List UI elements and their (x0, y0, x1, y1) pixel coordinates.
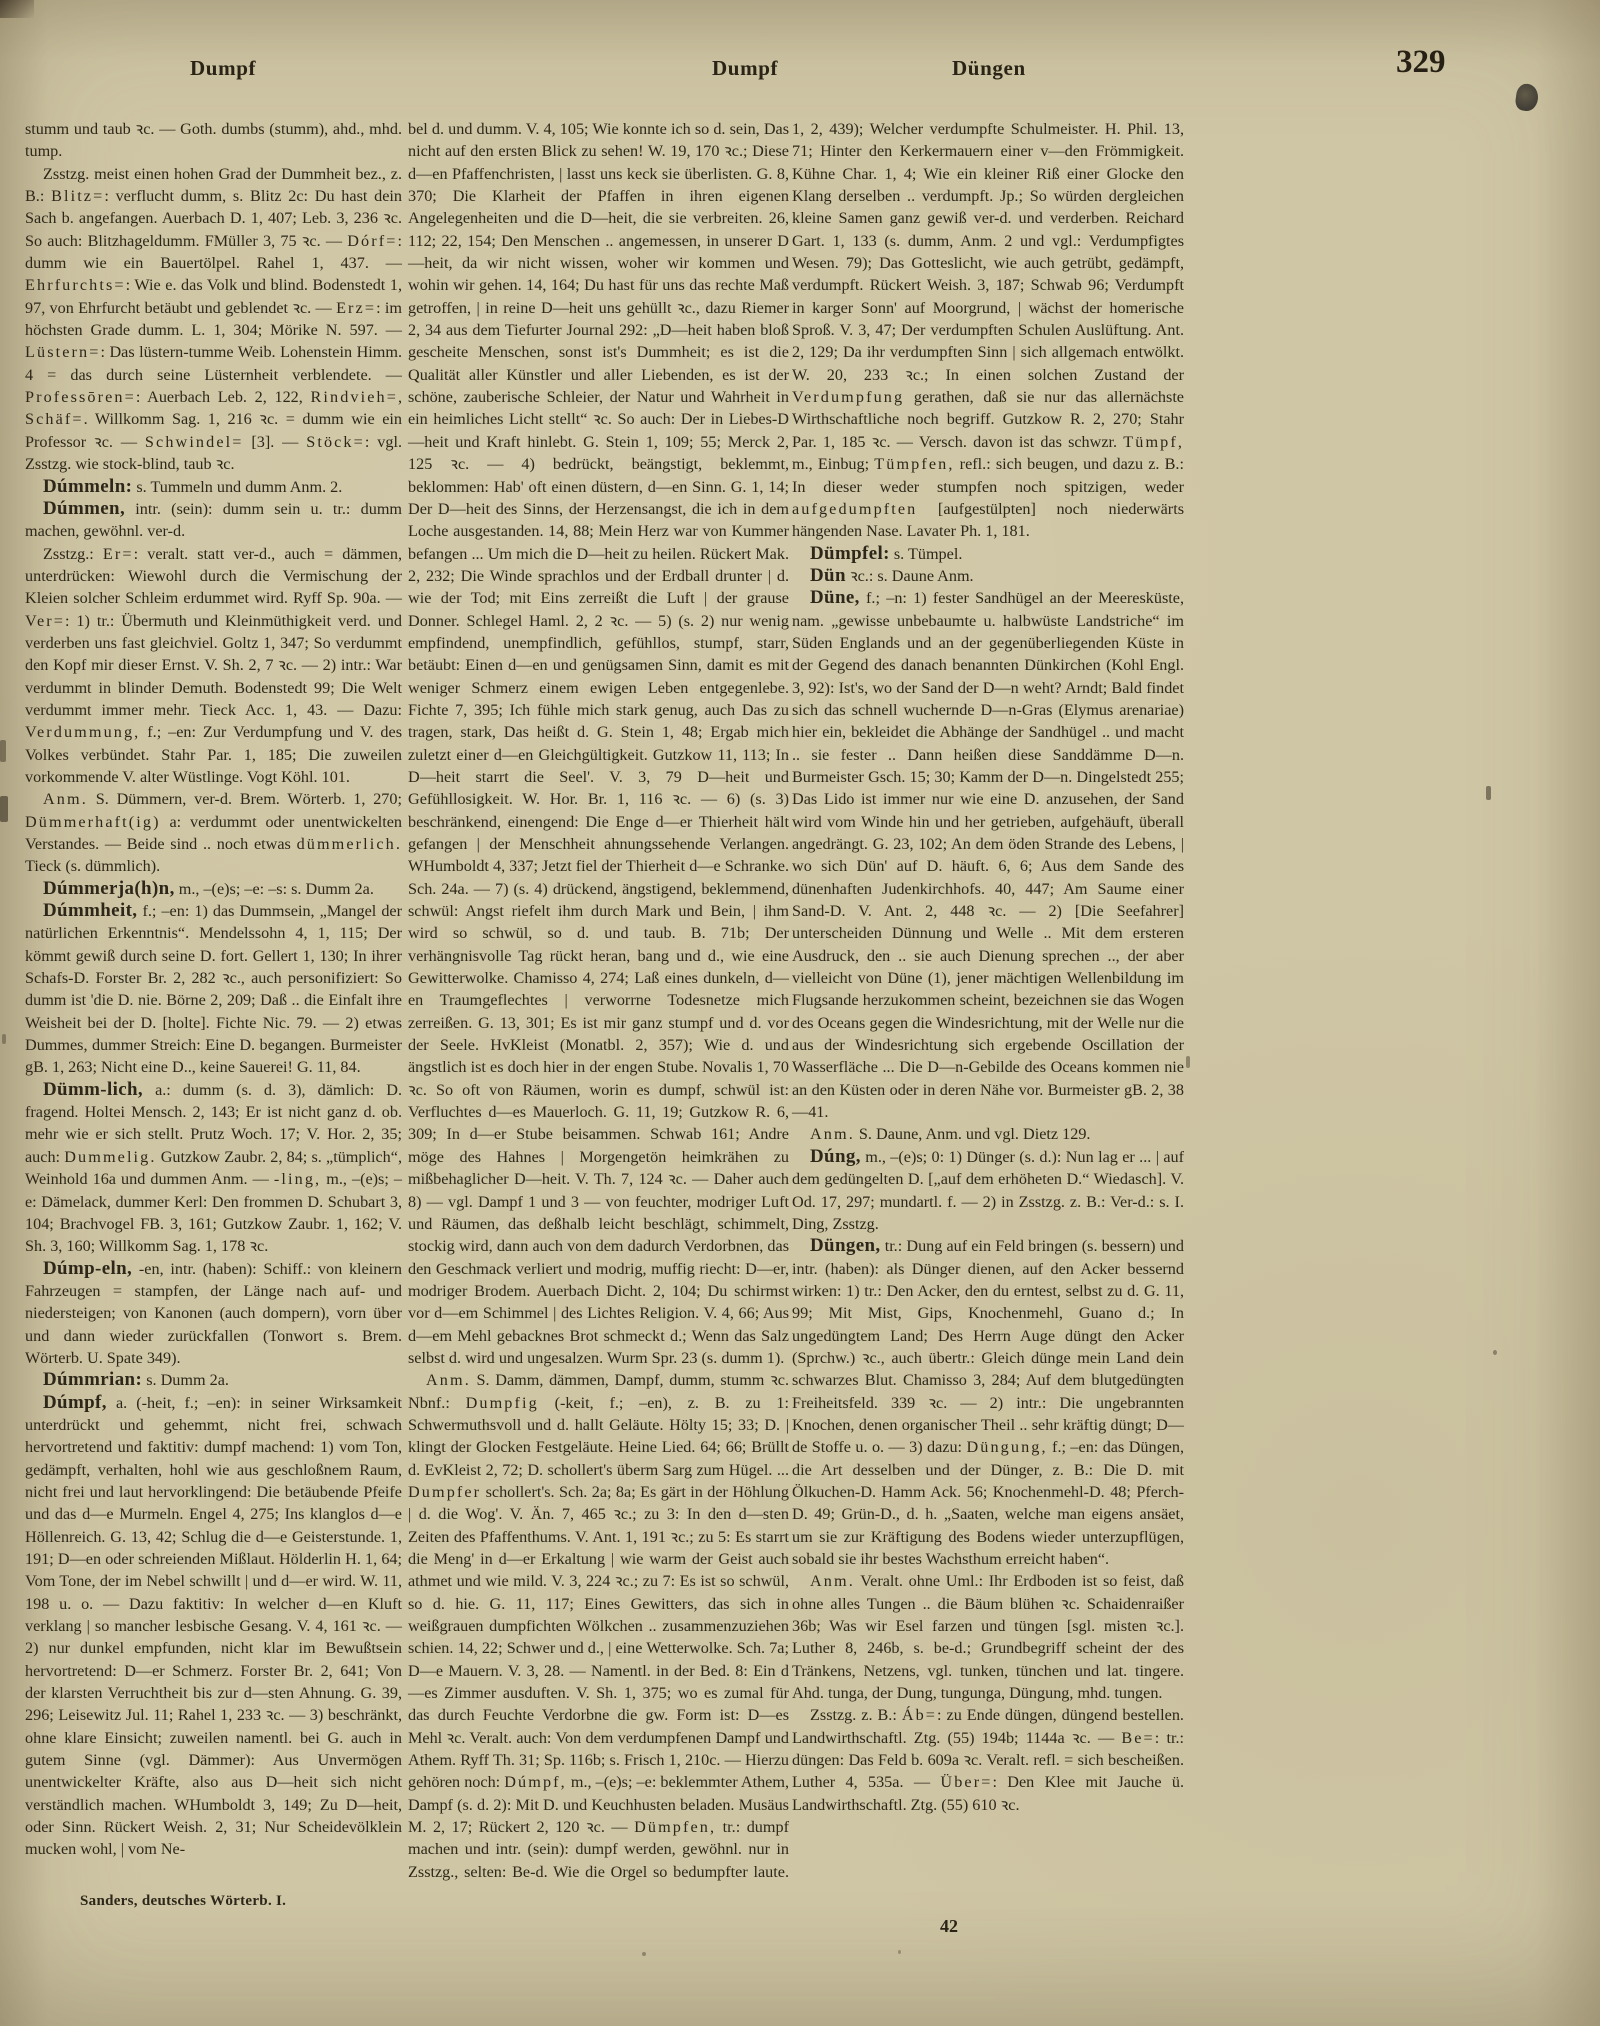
entry-paragraph: 1, 2, 439); Welcher verdumpfte Schulmeis… (792, 118, 1184, 543)
text-run: m., –(e)s; –e: –s: s. Dumm 2a. (175, 880, 374, 898)
spaced-term: Anm. (426, 1371, 471, 1389)
entry-paragraph: Anm. S. Dümmern, ver-d. Brem. Wörterb. 1… (25, 788, 402, 877)
spaced-term: Blitz= (51, 187, 104, 205)
spaced-term: Ehrfurchts= (25, 276, 126, 294)
entry-paragraph: bel d. und dumm. V. 4, 105; Wie konnte i… (408, 118, 789, 1369)
spaced-term: Er= (103, 545, 134, 563)
spaced-term: Anm. (43, 790, 88, 808)
text-run: tr.: Dung auf ein Feld bringen (s. besse… (792, 1237, 1184, 1456)
entry-paragraph: Dúmpf, a. (-heit, f.; –en): in seiner Wi… (25, 1392, 402, 1861)
sheet-number: 42 (940, 1916, 958, 1937)
spaced-term: Verdummung, (25, 723, 140, 741)
spaced-term: Schäf= (25, 410, 84, 428)
column-1: stumm und taub ꝛc. — Goth. dumbs (stumm)… (25, 118, 402, 1884)
text-run: ꝛc.: s. Daune Anm. (846, 567, 974, 585)
spaced-term: Erz= (336, 299, 376, 317)
text-run: S. Daune, Anm. und vgl. Dietz 129. (855, 1125, 1091, 1143)
text-run: f.; –n: 1) fester Sandhügel an der Meere… (792, 589, 1184, 1121)
spaced-term: Anm. (810, 1572, 855, 1590)
page-number: 329 (1396, 46, 1446, 79)
running-head-right: Düngen (952, 58, 1026, 79)
running-head-left: Dumpf (190, 58, 256, 79)
spaced-term: Dórf= (347, 232, 397, 250)
spaced-term: Dümpfen, (634, 1818, 716, 1836)
entry-paragraph: Anm. Veralt. ohne Uml.: Ihr Erdboden ist… (792, 1570, 1184, 1704)
text-run: m., Einbug; (792, 455, 874, 473)
entry-paragraph: Dúmmerja(h)n, m., –(e)s; –e: –s: s. Dumm… (25, 878, 402, 900)
scan-artifact (2, 1034, 6, 1044)
text-run: 1, 2, 439); Welcher verdumpfte Schulmeis… (792, 120, 1184, 384)
text-run: bel d. und dumm. V. 4, 105; Wie konnte i… (408, 120, 789, 1367)
entry-paragraph: Dümm-lich, a.: dumm (s. d. 3), dämlich: … (25, 1079, 402, 1258)
entry-paragraph: Düngen, tr.: Dung auf ein Feld bringen (… (792, 1235, 1184, 1570)
scan-artifact (0, 740, 6, 762)
text-run: Zsstzg.: (43, 545, 103, 563)
text-run: s. Tummeln und dumm Anm. 2. (132, 478, 342, 496)
volume-signature: Sanders, deutsches Wörterb. I. (80, 1893, 286, 1910)
text-block: stumm und taub ꝛc. — Goth. dumbs (stumm)… (25, 118, 1185, 1884)
text-run: S. Dümmern, ver-d. Brem. Wörterb. 1, 270… (88, 790, 402, 808)
spaced-term: Ver= (25, 612, 65, 630)
entry-paragraph: Dúmmheit, f.; –en: 1) das Dummsein, „Man… (25, 900, 402, 1079)
headword: Dümpfel: (810, 543, 890, 564)
entry-paragraph: Dúmmen, intr. (sein): dumm sein u. tr.: … (25, 498, 402, 543)
spaced-term: Stöck= (306, 433, 365, 451)
scan-artifact (642, 1952, 646, 1956)
headword: Dúmmeln: (43, 476, 132, 497)
headword: Dúmpf, (43, 1392, 107, 1413)
headword: Dúmmrian: (43, 1369, 142, 1390)
entry-paragraph: Anm. S. Damm, dämmen, Dampf, dumm, stumm… (408, 1369, 789, 1884)
entry-paragraph: Dúng, m., –(e)s; 0: 1) Dünger (s. d.): N… (792, 1146, 1184, 1235)
entry-paragraph: Dúmp-eln, -en, intr. (haben): Schiff.: v… (25, 1258, 402, 1370)
entry-paragraph: Dümpfel: s. Tümpel. (792, 543, 1184, 565)
column-3: 1, 2, 439); Welcher verdumpfte Schulmeis… (792, 118, 1184, 1884)
entry-paragraph: Düne, f.; –n: 1) fester Sandhügel an der… (792, 587, 1184, 1123)
text-run: stumm und taub ꝛc. — Goth. dumbs (stumm)… (25, 120, 402, 160)
scan-artifact (1486, 786, 1491, 800)
spaced-term: Professōren= (25, 388, 136, 406)
text-run: Tieck (s. dümmlich). (25, 857, 160, 875)
text-run: , (398, 388, 402, 406)
spaced-term: Dümmerhaft(ig) (25, 813, 161, 831)
spaced-term: Verdumpfung (792, 388, 904, 406)
text-run: schollert's. Sch. 2a; 8a; Es gärt in der… (408, 1483, 789, 1791)
entry-paragraph: Dúmmrian: s. Dumm 2a. (25, 1369, 402, 1391)
entry-paragraph: Dün ꝛc.: s. Daune Anm. (792, 565, 1184, 587)
spaced-term: Lüstern= (25, 343, 100, 361)
spaced-term: Düngung, (966, 1438, 1047, 1456)
entry-paragraph: Anm. S. Daune, Anm. und vgl. Dietz 129. (792, 1123, 1184, 1145)
text-run: Veralt. ohne Uml.: Ihr Erdboden ist so f… (792, 1572, 1184, 1702)
text-run: s. Tümpel. (890, 545, 963, 563)
entry-paragraph: Dúmmeln: s. Tummeln und dumm Anm. 2. (25, 476, 402, 498)
entry-paragraph: stumm und taub ꝛc. — Goth. dumbs (stumm)… (25, 118, 402, 163)
scan-artifact (1186, 1056, 1190, 1068)
spaced-term: Rindvieh= (311, 388, 398, 406)
column-2: bel d. und dumm. V. 4, 105; Wie konnte i… (408, 118, 789, 1884)
spaced-term: Dumpfig (466, 1394, 539, 1412)
spaced-term: Schwindel= (145, 433, 244, 451)
ink-smudge (1514, 83, 1540, 113)
spaced-term: aufgedumpften (792, 500, 917, 518)
scan-artifact (898, 1950, 901, 1954)
headword: Dúng, (810, 1146, 861, 1167)
spaced-term: Über= (940, 1773, 992, 1791)
text-run: a. (-heit, f.; –en): in seiner Wirksamke… (25, 1394, 402, 1859)
spaced-term: dümmerlich. (297, 835, 402, 853)
headword: Dün (810, 565, 846, 586)
text-run: Zsstzg. z. B.: (810, 1706, 902, 1724)
text-run: f.; –en: 1) das Dummsein, „Mangel der na… (25, 902, 402, 1076)
headword: Dümm-lich, (43, 1079, 143, 1100)
text-run: s. Dumm 2a. (142, 1371, 229, 1389)
scan-artifact (0, 0, 34, 18)
running-head-center: Dumpf (712, 58, 778, 79)
text-run: : Auerbach Leb. 2, 122, (136, 388, 311, 406)
entry-paragraph: Zsstzg. meist einen hohen Grad der Dummh… (25, 163, 402, 476)
spaced-term: Dumpfer (408, 1483, 481, 1501)
text-run: : 1) tr.: Übermuth und Kleinmüthigkeit v… (25, 612, 402, 719)
spaced-term: -ling, (274, 1170, 321, 1188)
spaced-term: Áb= (902, 1706, 937, 1724)
entry-paragraph: Zsstzg.: Er=: veralt. statt ver-d., auch… (25, 543, 402, 789)
entry-paragraph: Zsstzg. z. B.: Áb=: zu Ende düngen, düng… (792, 1704, 1184, 1816)
headword: Dúmp-eln, (43, 1258, 132, 1279)
scanned-dictionary-page: Dumpf Dumpf Düngen 329 stumm und taub ꝛc… (0, 0, 1600, 2026)
spaced-term: Dummelig. (64, 1148, 156, 1166)
headword: Dúmmheit, (43, 900, 137, 921)
headword: Dúmmerja(h)n, (43, 878, 175, 899)
headword: Düne, (810, 587, 860, 608)
text-run: [3]. — (243, 433, 306, 451)
headword: Dúmmen, (43, 498, 125, 519)
spaced-term: Tümpf, (1123, 433, 1184, 451)
headword: Düngen, (810, 1235, 881, 1256)
scan-artifact (0, 796, 8, 822)
spaced-term: Be= (1121, 1729, 1154, 1747)
text-run: f.; –en: das Düngen, die Art desselben u… (792, 1438, 1184, 1568)
spaced-term: Dúmpf, (504, 1773, 567, 1791)
scan-artifact (1493, 1350, 1497, 1355)
spaced-term: Tümpfen, (874, 455, 954, 473)
spaced-term: Anm. (810, 1125, 855, 1143)
